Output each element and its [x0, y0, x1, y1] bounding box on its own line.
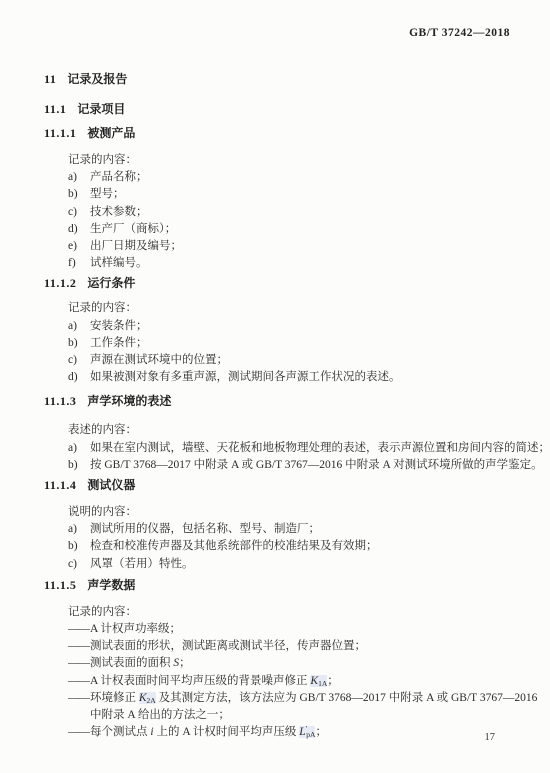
- dash-marker: ——: [68, 692, 89, 704]
- list-intro: 说明的内容：: [68, 504, 512, 521]
- dash-marker: ——: [68, 675, 89, 687]
- list-marker: b): [68, 538, 90, 555]
- list-marker: a): [68, 169, 90, 186]
- list-item: f)试样编号。: [68, 255, 512, 272]
- list-item-text: 安装条件；: [90, 320, 148, 332]
- list-marker: b): [68, 335, 90, 352]
- list-item: d)如果被测对象有多重声源，测试期间各声源工作状况的表述。: [68, 369, 512, 386]
- dash-item-text: A 计权表面时间平均声压级的背景噪声修正: [90, 675, 310, 687]
- list-marker: a): [68, 440, 90, 457]
- dash-list-item: ——A 计权声功率级；: [68, 621, 512, 638]
- list-marker: b): [68, 457, 90, 474]
- math-symbol-K2A: K2A: [139, 692, 156, 704]
- section-number: 11.1.5: [44, 578, 76, 592]
- dash-item-continuation: 中附录 A 给出的方法之一；: [90, 707, 512, 724]
- section-number: 11.1.4: [44, 478, 76, 492]
- list-marker: e): [68, 238, 90, 255]
- section-title: 测试仪器: [87, 478, 135, 492]
- dash-list-item: ——环境修正 K2A 及其测定方法，该方法应为 GB/T 3768—2017 中…: [68, 690, 512, 707]
- dash-marker: ——: [68, 657, 89, 669]
- math-symbol-LpA: L′pA: [299, 726, 315, 738]
- list-item-text: 如果被测对象有多重声源，测试期间各声源工作状况的表述。: [90, 371, 401, 383]
- section-11-1-3-body: 表述的内容： a)如果在室内测试，墙壁、天花板和地板物理处理的表述，表示声源位置…: [68, 422, 512, 474]
- list-marker: f): [68, 255, 90, 272]
- section-11-1-1-body: 记录的内容： a)产品名称； b)型号； c)技术参数； d)生产厂（商标）； …: [68, 152, 512, 272]
- dash-marker: ——: [68, 623, 89, 635]
- list-item-text: 试样编号。: [90, 257, 148, 269]
- dash-item-text: 及其测定方法，该方法应为 GB/T 3768—2017 中附录 A 或 GB/T…: [156, 692, 538, 704]
- dash-list-item: ——每个测试点 i 上的 A 计权时间平均声压级 L′pA；: [68, 724, 512, 741]
- section-11-1-1-heading: 11.1.1被测产品: [44, 127, 512, 140]
- dash-marker: ——: [68, 726, 89, 738]
- list-item: d)生产厂（商标）；: [68, 221, 512, 238]
- list-item-text: 型号；: [90, 188, 125, 200]
- list-marker: b): [68, 186, 90, 203]
- section-number: 11.1.1: [44, 126, 76, 140]
- list-item: b)按 GB/T 3768—2017 中附录 A 或 GB/T 3767—201…: [68, 457, 512, 474]
- math-letter: K: [310, 675, 318, 687]
- list-marker: a): [68, 318, 90, 335]
- list-marker: d): [68, 221, 90, 238]
- math-letter: K: [139, 692, 147, 704]
- list-item-text: 技术参数；: [90, 206, 148, 218]
- list-marker: c): [68, 204, 90, 221]
- list-item-text: 生产厂（商标）；: [90, 223, 176, 235]
- list-intro: 表述的内容：: [68, 422, 512, 439]
- dash-item-text: 测试表面的面积: [90, 657, 173, 669]
- list-item: c)风罩（若用）特性。: [68, 556, 512, 573]
- list-item-text: 声源在测试环境中的位置；: [90, 354, 228, 366]
- list-marker: a): [68, 521, 90, 538]
- list-item-text: 产品名称；: [90, 171, 148, 183]
- dash-item-text: 环境修正: [90, 692, 139, 704]
- section-11-heading: 11记录及报告: [44, 73, 512, 86]
- dash-list-item: ——A 计权表面时间平均声压级的背景噪声修正 K1A；: [68, 673, 512, 690]
- list-item-text: 测试所用的仪器，包括名称、型号、制造厂；: [90, 523, 320, 535]
- section-title: 声学环境的表述: [87, 394, 171, 408]
- section-title: 声学数据: [87, 578, 135, 592]
- page-content: 11记录及报告 11.1记录项目 11.1.1被测产品 记录的内容： a)产品名…: [0, 0, 550, 741]
- list-item-text: 按 GB/T 3768—2017 中附录 A 或 GB/T 3767—2016 …: [90, 459, 543, 471]
- list-marker: c): [68, 556, 90, 573]
- section-11-1-4-heading: 11.1.4测试仪器: [44, 479, 512, 492]
- dash-item-text: 每个测试点: [90, 726, 150, 738]
- dash-item-text: 上的 A 计权时间平均声压级: [154, 726, 300, 738]
- section-title: 运行条件: [87, 276, 135, 290]
- math-subscript: 1A: [318, 679, 327, 688]
- section-number: 11.1: [44, 102, 66, 116]
- section-number: 11: [44, 72, 56, 86]
- section-11-1-4-body: 说明的内容： a)测试所用的仪器，包括名称、型号、制造厂； b)检查和校准传声器…: [68, 504, 512, 573]
- list-item: b)检查和校准传声器及其他系统部件的校准结果及有效期；: [68, 538, 512, 555]
- section-title: 被测产品: [87, 126, 135, 140]
- list-intro: 记录的内容：: [68, 604, 512, 621]
- section-title: 记录及报告: [67, 72, 127, 86]
- dash-item-text: ；: [179, 657, 191, 669]
- math-subscript: 2A: [147, 696, 156, 705]
- list-item: a)如果在室内测试，墙壁、天花板和地板物理处理的表述，表示声源位置和房间内容的简…: [68, 440, 512, 457]
- section-11-1-2-heading: 11.1.2运行条件: [44, 277, 512, 290]
- list-item: a)产品名称；: [68, 169, 512, 186]
- section-11-1-3-heading: 11.1.3声学环境的表述: [44, 395, 512, 408]
- dash-list-item: ——测试表面的面积 S；: [68, 655, 512, 672]
- dash-marker: ——: [68, 640, 89, 652]
- list-marker: d): [68, 369, 90, 386]
- section-number: 11.1.2: [44, 276, 76, 290]
- list-item-text: 工作条件；: [90, 337, 148, 349]
- list-item: c)技术参数；: [68, 204, 512, 221]
- list-item: a)安装条件；: [68, 318, 512, 335]
- dash-item-text: ；: [315, 726, 327, 738]
- section-11-1-5-body: 记录的内容： ——A 计权声功率级； ——测试表面的形状，测试距离或测试半径，传…: [68, 604, 512, 742]
- list-item-text: 检查和校准传声器及其他系统部件的校准结果及有效期；: [90, 540, 378, 552]
- list-item: b)工作条件；: [68, 335, 512, 352]
- document-page: GB/T 37242—2018 11记录及报告 11.1记录项目 11.1.1被…: [0, 0, 550, 773]
- list-item: b)型号；: [68, 186, 512, 203]
- section-11-1-5-heading: 11.1.5声学数据: [44, 579, 512, 592]
- list-item: e)出厂日期及编号；: [68, 238, 512, 255]
- section-title: 记录项目: [77, 102, 125, 116]
- dash-item-text: 测试表面的形状，测试距离或测试半径，传声器位置；: [90, 640, 366, 652]
- list-intro: 记录的内容：: [68, 152, 512, 169]
- list-item-text: 风罩（若用）特性。: [90, 558, 194, 570]
- dash-item-text: A 计权声功率级；: [90, 623, 181, 635]
- section-11-1-2-body: 记录的内容： a)安装条件； b)工作条件； c)声源在测试环境中的位置； d)…: [68, 300, 512, 386]
- page-number: 17: [485, 732, 496, 743]
- section-number: 11.1.3: [44, 394, 76, 408]
- list-marker: c): [68, 352, 90, 369]
- dash-item-text: ；: [327, 675, 339, 687]
- dash-list-item: ——测试表面的形状，测试距离或测试半径，传声器位置；: [68, 638, 512, 655]
- list-item-text: 出厂日期及编号；: [90, 240, 182, 252]
- list-item-text: 如果在室内测试，墙壁、天花板和地板物理处理的表述，表示声源位置和房间内容的简述；: [90, 442, 550, 454]
- section-11-1-heading: 11.1记录项目: [44, 103, 512, 116]
- list-item: a)测试所用的仪器，包括名称、型号、制造厂；: [68, 521, 512, 538]
- list-intro: 记录的内容：: [68, 300, 512, 317]
- list-item: c)声源在测试环境中的位置；: [68, 352, 512, 369]
- math-symbol-K1A: K1A: [310, 675, 327, 687]
